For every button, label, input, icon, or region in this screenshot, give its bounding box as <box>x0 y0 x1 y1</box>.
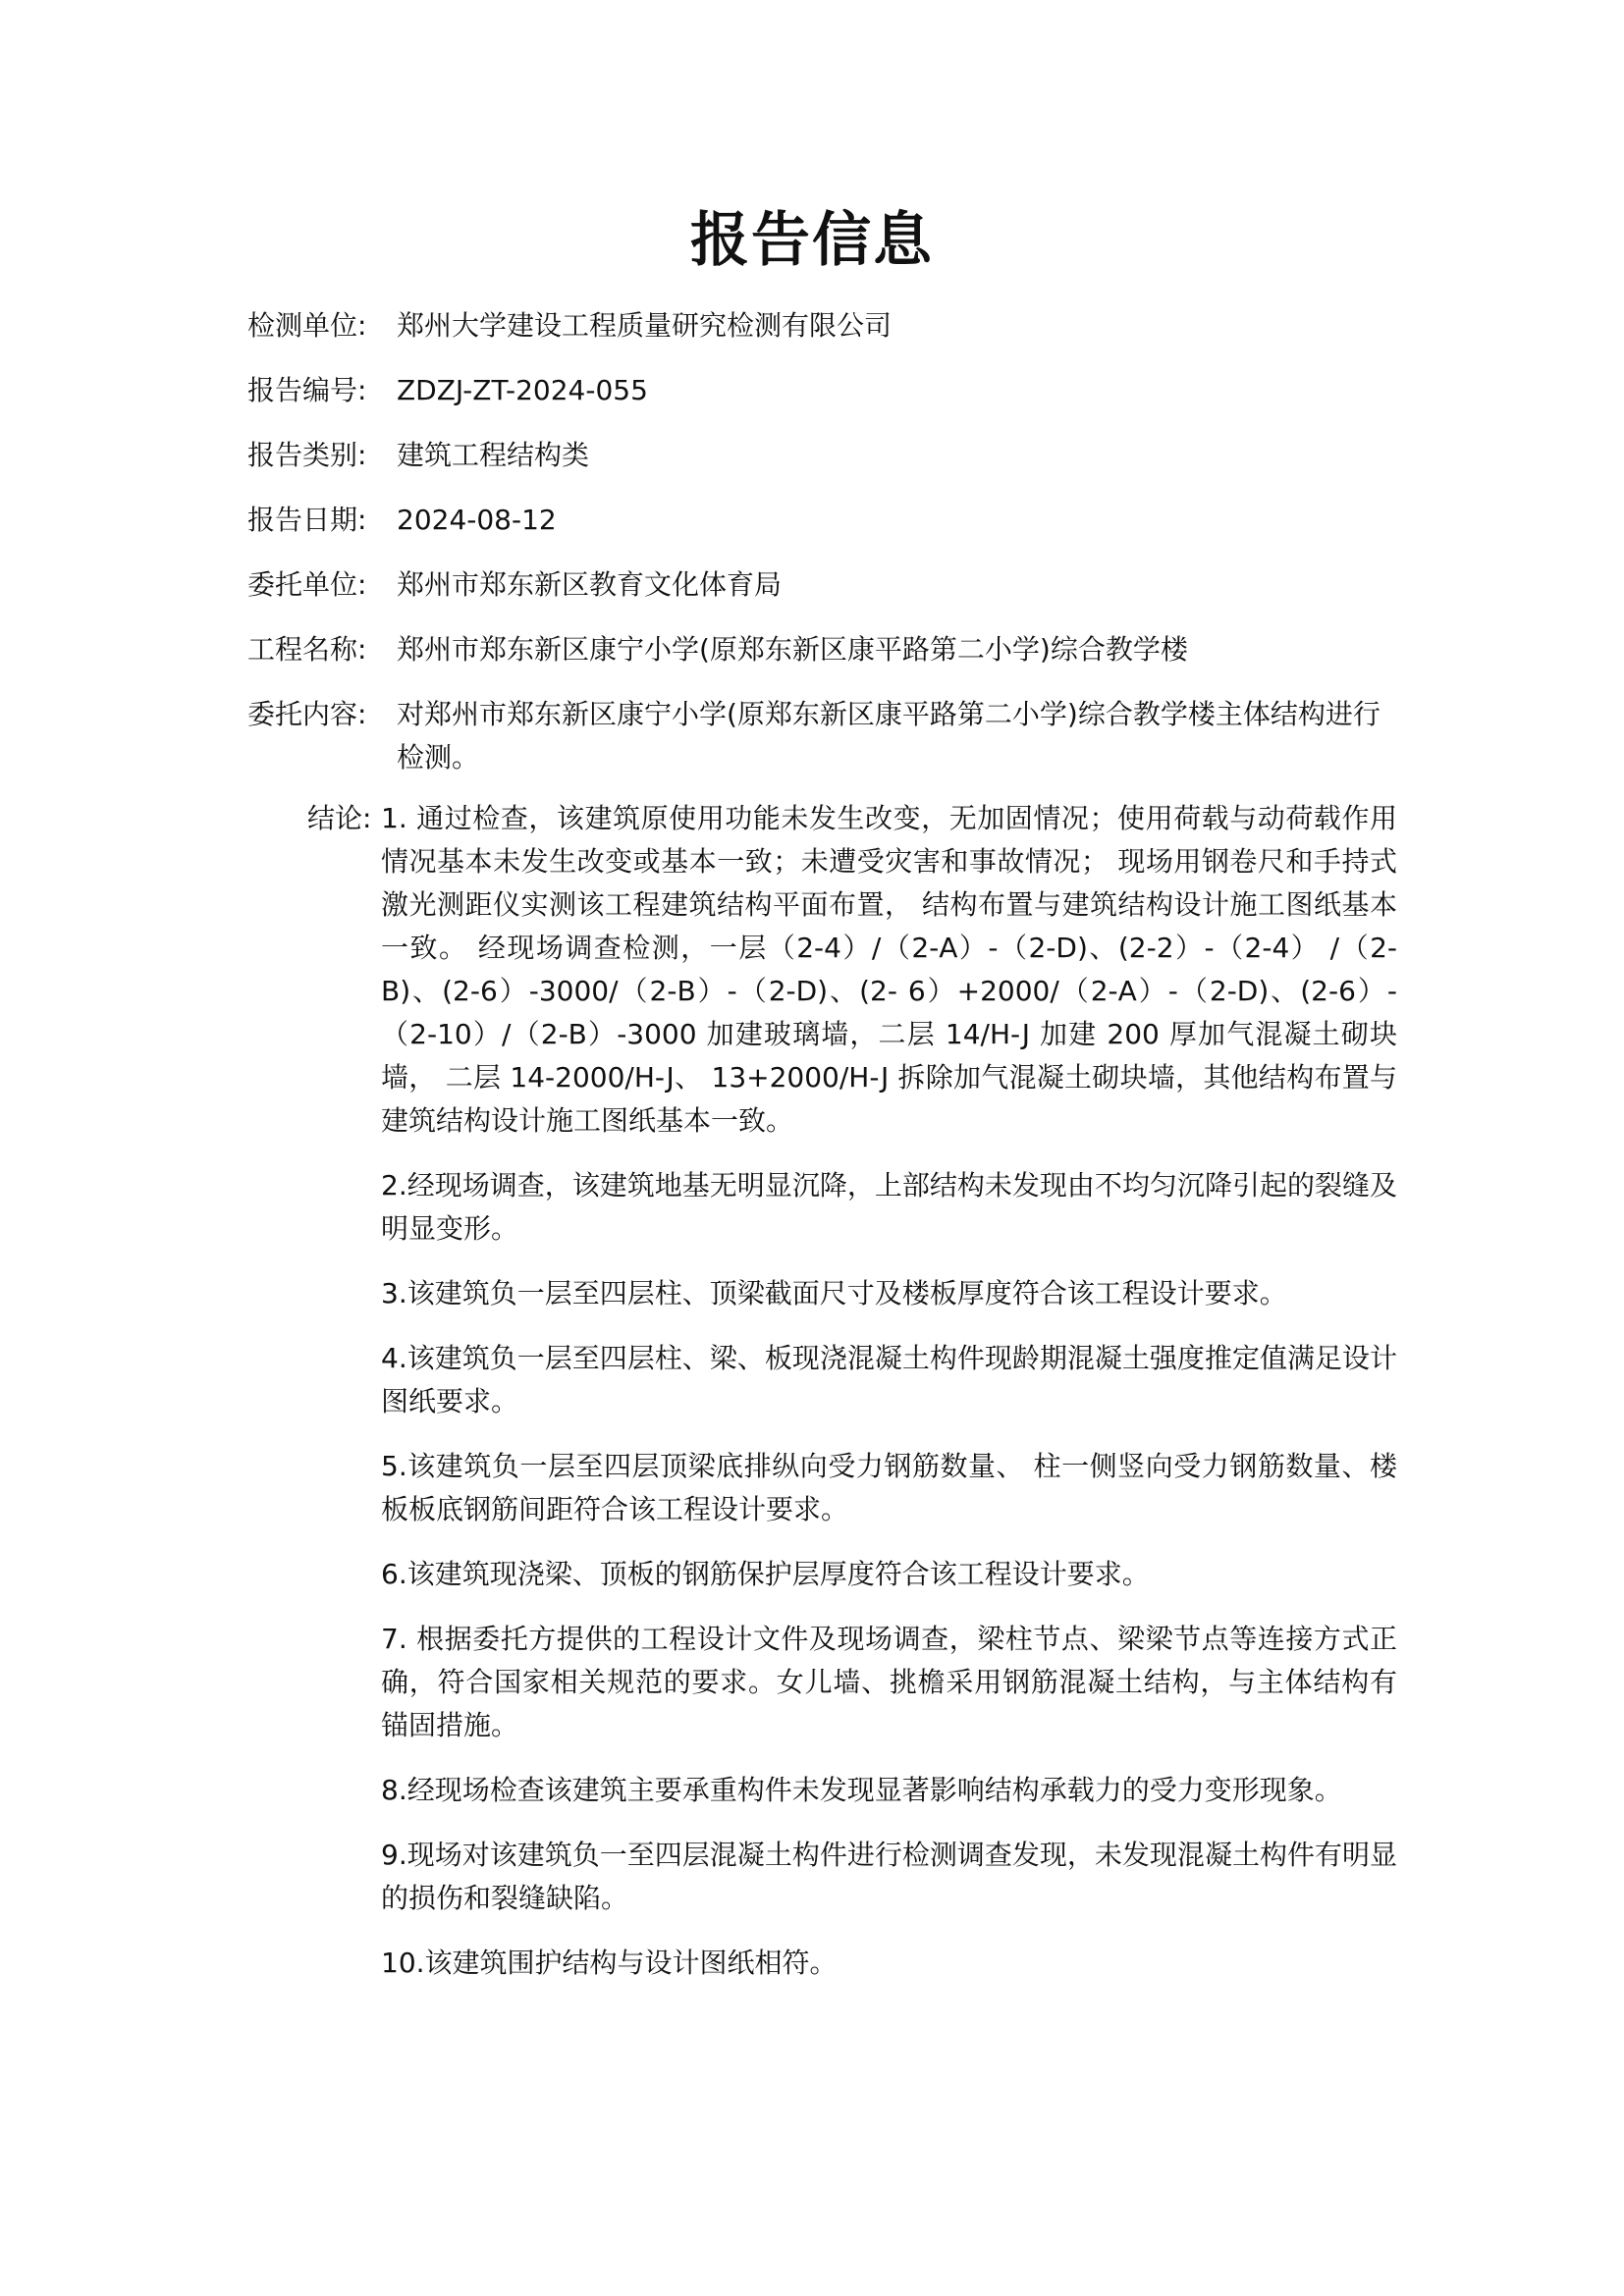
conclusion-item-9: 9.现场对该建筑负一至四层混凝土构件进行检测调查发现，未发现混凝土构件有明显的损… <box>381 1834 1397 1920</box>
page-title: 报告信息 <box>0 201 1624 280</box>
info-value: 建筑工程结构类 <box>397 434 1386 477</box>
info-row-project-name: 工程名称: 郑州市郑东新区康宁小学(原郑东新区康平路第二小学)综合教学楼 <box>247 628 1386 671</box>
info-value: 2024-08-12 <box>397 499 1386 542</box>
info-label: 工程名称: <box>247 628 397 671</box>
info-value: 对郑州市郑东新区康宁小学(原郑东新区康平路第二小学)综合教学楼主体结构进行检测。 <box>397 693 1386 779</box>
info-row-report-category: 报告类别: 建筑工程结构类 <box>247 434 1386 477</box>
info-label: 报告类别: <box>247 434 397 477</box>
conclusion-item-5: 5.该建筑负一层至四层顶梁底排纵向受力钢筋数量、 柱一侧竖向受力钢筋数量、楼板板… <box>381 1445 1397 1531</box>
conclusion-item-8: 8.经现场检查该建筑主要承重构件未发现显著影响结构承载力的受力变形现象。 <box>381 1769 1397 1812</box>
conclusion-item-7: 7. 根据委托方提供的工程设计文件及现场调查，梁柱节点、梁梁节点等连接方式正确，… <box>381 1618 1397 1747</box>
info-label: 报告日期: <box>247 499 397 542</box>
conclusion-label: 结论: <box>307 797 381 2006</box>
info-value: 郑州市郑东新区康宁小学(原郑东新区康平路第二小学)综合教学楼 <box>397 628 1386 671</box>
info-row-report-number: 报告编号: ZDZJ-ZT-2024-055 <box>247 369 1386 412</box>
info-value: 郑州大学建设工程质量研究检测有限公司 <box>397 304 1386 347</box>
info-row-commission-content: 委托内容: 对郑州市郑东新区康宁小学(原郑东新区康平路第二小学)综合教学楼主体结… <box>247 693 1386 779</box>
info-value: 郑州市郑东新区教育文化体育局 <box>397 563 1386 607</box>
conclusion-item-6: 6.该建筑现浇梁、顶板的钢筋保护层厚度符合该工程设计要求。 <box>381 1553 1397 1596</box>
info-row-client: 委托单位: 郑州市郑东新区教育文化体育局 <box>247 563 1386 607</box>
info-row-report-date: 报告日期: 2024-08-12 <box>247 499 1386 542</box>
conclusion-item-10: 10.该建筑围护结构与设计图纸相符。 <box>381 1942 1397 1985</box>
info-label: 报告编号: <box>247 369 397 412</box>
info-value: ZDZJ-ZT-2024-055 <box>397 369 1386 412</box>
report-info-section: 检测单位: 郑州大学建设工程质量研究检测有限公司 报告编号: ZDZJ-ZT-2… <box>247 304 1386 801</box>
info-label: 检测单位: <box>247 304 397 347</box>
info-label: 委托内容: <box>247 693 397 779</box>
conclusion-item-2: 2.经现场调查，该建筑地基无明显沉降，上部结构未发现由不均匀沉降引起的裂缝及明显… <box>381 1164 1397 1251</box>
conclusion-item-1: 1. 通过检查，该建筑原使用功能未发生改变，无加固情况；使用荷载与动荷载作用情况… <box>381 797 1397 1143</box>
conclusion-section: 结论: 1. 通过检查，该建筑原使用功能未发生改变，无加固情况；使用荷载与动荷载… <box>307 797 1397 2006</box>
info-label: 委托单位: <box>247 563 397 607</box>
conclusion-list: 1. 通过检查，该建筑原使用功能未发生改变，无加固情况；使用荷载与动荷载作用情况… <box>381 797 1397 2006</box>
conclusion-item-3: 3.该建筑负一层至四层柱、顶梁截面尺寸及楼板厚度符合该工程设计要求。 <box>381 1272 1397 1315</box>
info-row-testing-unit: 检测单位: 郑州大学建设工程质量研究检测有限公司 <box>247 304 1386 347</box>
conclusion-item-4: 4.该建筑负一层至四层柱、梁、板现浇混凝土构件现龄期混凝土强度推定值满足设计图纸… <box>381 1337 1397 1423</box>
